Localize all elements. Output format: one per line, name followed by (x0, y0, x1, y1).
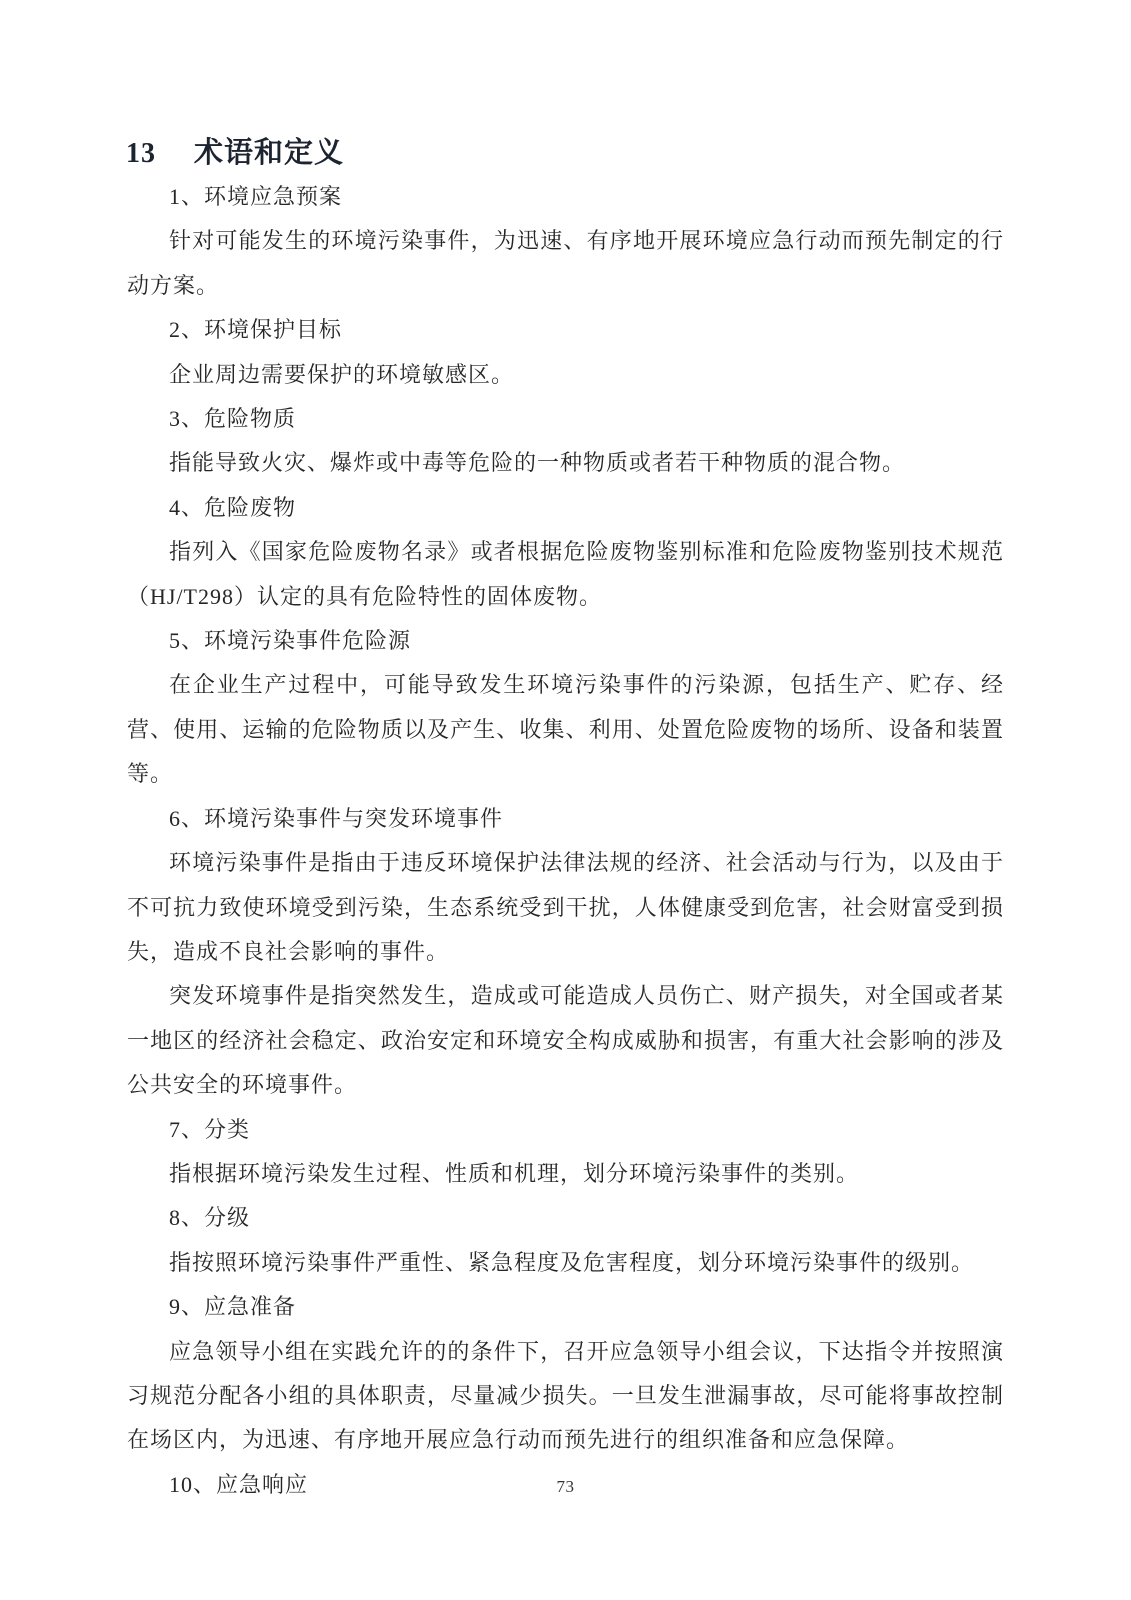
section-title: 术语和定义 (194, 137, 344, 169)
document-page: 13术语和定义 1、环境应急预案针对可能发生的环境污染事件，为迅速、有序地开展环… (0, 0, 1131, 1600)
term-line: 8、分级 (127, 1196, 1004, 1240)
page-footer: 73 (0, 1477, 1131, 1497)
term-line: 7、分类 (127, 1108, 1004, 1152)
term-line: 6、环境污染事件与突发环境事件 (127, 797, 1004, 841)
section-heading: 13术语和定义 (126, 130, 344, 171)
definition-paragraph: 环境污染事件是指由于违反环境保护法律法规的经济、社会活动与行为，以及由于不可抗力… (127, 841, 1004, 974)
definition-paragraph: 指按照环境污染事件严重性、紧急程度及危害程度，划分环境污染事件的级别。 (127, 1241, 1004, 1285)
definition-paragraph: 应急领导小组在实践允许的的条件下，召开应急领导小组会议，下达指令并按照演习规范分… (127, 1330, 1004, 1463)
page-number: 73 (557, 1477, 575, 1496)
definition-paragraph: 企业周边需要保护的环境敏感区。 (127, 353, 1004, 397)
term-line: 1、环境应急预案 (127, 175, 1004, 219)
definition-paragraph: 在企业生产过程中，可能导致发生环境污染事件的污染源，包括生产、贮存、经营、使用、… (127, 663, 1004, 796)
definition-paragraph: 指能导致火灾、爆炸或中毒等危险的一种物质或者若干种物质的混合物。 (127, 441, 1004, 485)
term-line: 2、环境保护目标 (127, 308, 1004, 352)
term-line: 3、危险物质 (127, 397, 1004, 441)
term-line: 9、应急准备 (127, 1285, 1004, 1329)
document-body: 1、环境应急预案针对可能发生的环境污染事件，为迅速、有序地开展环境应急行动而预先… (127, 175, 1004, 1507)
term-line: 5、环境污染事件危险源 (127, 619, 1004, 663)
term-line: 4、危险废物 (127, 486, 1004, 530)
definition-paragraph: 针对可能发生的环境污染事件，为迅速、有序地开展环境应急行动而预先制定的行动方案。 (127, 219, 1004, 308)
definition-paragraph: 指根据环境污染发生过程、性质和机理，划分环境污染事件的类别。 (127, 1152, 1004, 1196)
section-number: 13 (126, 138, 156, 169)
definition-paragraph: 指列入《国家危险废物名录》或者根据危险废物鉴别标准和危险废物鉴别技术规范（HJ/… (127, 530, 1004, 619)
definition-paragraph: 突发环境事件是指突然发生，造成或可能造成人员伤亡、财产损失，对全国或者某一地区的… (127, 974, 1004, 1107)
